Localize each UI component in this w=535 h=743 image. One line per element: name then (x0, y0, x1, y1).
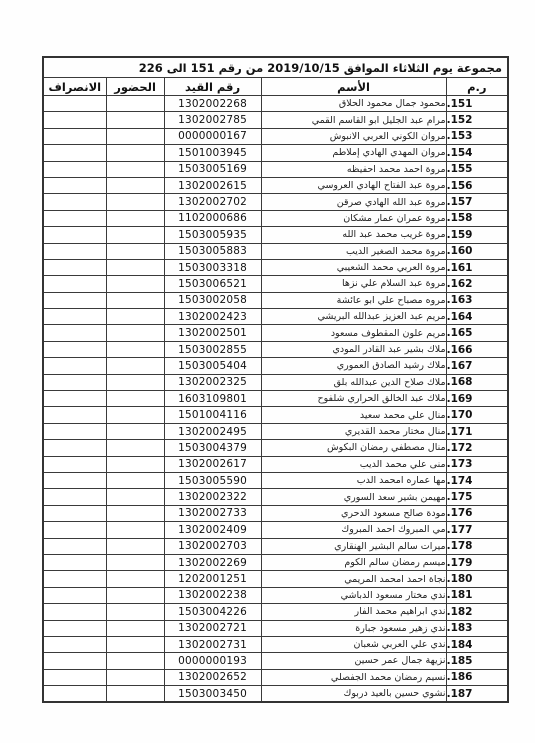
attendance-table: مجموعة يوم الثلاثاء الموافق 2019/10/15 م… (42, 56, 509, 703)
row-serial: 163. (446, 292, 508, 308)
departure-cell (43, 358, 106, 374)
table-row: 168. ملاك صلاح الدين عبدالله بلق 1302002… (43, 374, 508, 390)
attendance-cell (106, 227, 164, 243)
departure-cell (43, 276, 106, 292)
registration-number: 1503005169 (164, 161, 261, 177)
table-row: 155. مروة احمد محمد احفيظه 1503005169 (43, 161, 508, 177)
registration-number: 1302002269 (164, 554, 261, 570)
registration-number: 1302002268 (164, 96, 261, 112)
attendance-cell (106, 407, 164, 423)
row-serial: 156. (446, 177, 508, 193)
row-serial: 162. (446, 276, 508, 292)
table-row: 162. مروة عبد السلام علي نزها 1503006521 (43, 276, 508, 292)
departure-cell (43, 161, 106, 177)
attendance-cell (106, 456, 164, 472)
table-row: 154. مروان المهدي الهادي إملاطم 15010039… (43, 145, 508, 161)
table-row: 160. مروة محمد الصغير الديب 1503005883 (43, 243, 508, 259)
departure-cell (43, 669, 106, 685)
table-row: 157. مروة عبد الله الهادي صرقن 130200270… (43, 194, 508, 210)
registration-number: 1501004116 (164, 407, 261, 423)
table-row: 163. مروه مصباح علي ابو عائشة 1503002058 (43, 292, 508, 308)
table-row: 156. مروة عبد الفتاح الهادي العروسي 1302… (43, 177, 508, 193)
table-row: 158. مروة عمران عمار مشكان 1102000686 (43, 210, 508, 226)
registration-number: 1302002733 (164, 505, 261, 521)
student-name: ندي زهير مسعود جبارة (261, 620, 446, 636)
attendance-cell (106, 423, 164, 439)
departure-cell (43, 571, 106, 587)
attendance-cell (106, 177, 164, 193)
table-header-row: ر.م الأسم رقم القيد الحضور الانصراف (43, 78, 508, 96)
row-serial: 158. (446, 210, 508, 226)
registration-number: 0000000167 (164, 128, 261, 144)
departure-cell (43, 456, 106, 472)
attendance-cell (106, 538, 164, 554)
student-name: مودة صالح مسعود الدحري (261, 505, 446, 521)
student-name: محمود جمال محمود الحلاق (261, 96, 446, 112)
table-row: 171. منال مختار محمد القديري 1302002495 (43, 423, 508, 439)
attendance-cell (106, 472, 164, 488)
row-serial: 164. (446, 309, 508, 325)
departure-cell (43, 259, 106, 275)
registration-number: 1202001251 (164, 571, 261, 587)
student-name: ميسم رمضان سالم الكوم (261, 554, 446, 570)
student-name: ميرات سالم البشير الهنقاري (261, 538, 446, 554)
attendance-cell (106, 522, 164, 538)
row-serial: 177. (446, 522, 508, 538)
col-header-serial: ر.م (446, 78, 508, 96)
col-header-name: الأسم (261, 78, 446, 96)
table-row: 178. ميرات سالم البشير الهنقاري 13020027… (43, 538, 508, 554)
student-name: ندي مختار مسعود الدباشي (261, 587, 446, 603)
departure-cell (43, 374, 106, 390)
student-name: ندي علي العربي شعبان (261, 636, 446, 652)
student-name: مريم علون المقطوف مسعود (261, 325, 446, 341)
attendance-cell (106, 276, 164, 292)
departure-cell (43, 194, 106, 210)
student-name: مروة عبد الله الهادي صرقن (261, 194, 446, 210)
attendance-cell (106, 653, 164, 669)
departure-cell (43, 407, 106, 423)
table-row: 152. مرام عبد الجليل ابو القاسم القمي 13… (43, 112, 508, 128)
registration-number: 1503005404 (164, 358, 261, 374)
table-row: 180. نجاة احمد امحمد المريمي 1202001251 (43, 571, 508, 587)
registration-number: 1302002702 (164, 194, 261, 210)
row-serial: 153. (446, 128, 508, 144)
row-serial: 168. (446, 374, 508, 390)
student-name: مها عماره امحمد الدب (261, 472, 446, 488)
departure-cell (43, 505, 106, 521)
registration-number: 1302002423 (164, 309, 261, 325)
table-row: 151. محمود جمال محمود الحلاق 1302002268 (43, 96, 508, 112)
table-row: 175. مهيمن بشير سعد السوري 1302002322 (43, 489, 508, 505)
table-row: 166. ملاك بشير عبد القادر المودي 1503002… (43, 341, 508, 357)
registration-number: 1302002721 (164, 620, 261, 636)
table-title: مجموعة يوم الثلاثاء الموافق 2019/10/15 م… (43, 57, 508, 78)
registration-number: 1302002652 (164, 669, 261, 685)
student-name: مروة غريب محمد عبد الله (261, 227, 446, 243)
student-name: نشوي حسين بالعيد دربوك (261, 686, 446, 703)
table-row: 173. منى علي محمد الديب 1302002617 (43, 456, 508, 472)
row-serial: 157. (446, 194, 508, 210)
table-row: 177. مي المبروك احمد المبروك 1302002409 (43, 522, 508, 538)
row-serial: 172. (446, 440, 508, 456)
student-name: مروة العربي محمد الشعيبي (261, 259, 446, 275)
table-row: 165. مريم علون المقطوف مسعود 1302002501 (43, 325, 508, 341)
row-serial: 182. (446, 604, 508, 620)
registration-number: 1302002501 (164, 325, 261, 341)
student-name: ملاك بشير عبد القادر المودي (261, 341, 446, 357)
departure-cell (43, 112, 106, 128)
row-serial: 179. (446, 554, 508, 570)
col-header-attendance: الحضور (106, 78, 164, 96)
departure-cell (43, 554, 106, 570)
attendance-cell (106, 325, 164, 341)
row-serial: 180. (446, 571, 508, 587)
row-serial: 151. (446, 96, 508, 112)
attendance-cell (106, 505, 164, 521)
table-row: 170. منال علي محمد سعيد 1501004116 (43, 407, 508, 423)
attendance-cell (106, 358, 164, 374)
registration-number: 0000000193 (164, 653, 261, 669)
row-serial: 161. (446, 259, 508, 275)
student-name: مروان الكوني العربي الانبوش (261, 128, 446, 144)
attendance-cell (106, 194, 164, 210)
row-serial: 174. (446, 472, 508, 488)
row-serial: 173. (446, 456, 508, 472)
registration-number: 1501003945 (164, 145, 261, 161)
departure-cell (43, 145, 106, 161)
attendance-cell (106, 112, 164, 128)
student-name: مروة محمد الصغير الديب (261, 243, 446, 259)
registration-number: 1302002731 (164, 636, 261, 652)
attendance-cell (106, 489, 164, 505)
attendance-cell (106, 587, 164, 603)
row-serial: 187. (446, 686, 508, 703)
attendance-cell (106, 96, 164, 112)
student-name: مروة عمران عمار مشكان (261, 210, 446, 226)
registration-number: 1503005935 (164, 227, 261, 243)
student-name: نسيم رمضان محمد الجفصلي (261, 669, 446, 685)
registration-number: 1503003450 (164, 686, 261, 703)
row-serial: 175. (446, 489, 508, 505)
departure-cell (43, 177, 106, 193)
departure-cell (43, 325, 106, 341)
attendance-cell (106, 161, 164, 177)
table-row: 153. مروان الكوني العربي الانبوش 0000000… (43, 128, 508, 144)
attendance-cell (106, 604, 164, 620)
row-serial: 176. (446, 505, 508, 521)
student-name: مرام عبد الجليل ابو القاسم القمي (261, 112, 446, 128)
student-name: منال مصطفي رمضان البكوش (261, 440, 446, 456)
attendance-cell (106, 243, 164, 259)
registration-number: 1603109801 (164, 391, 261, 407)
departure-cell (43, 128, 106, 144)
departure-cell (43, 620, 106, 636)
student-name: منال مختار محمد القديري (261, 423, 446, 439)
row-serial: 160. (446, 243, 508, 259)
departure-cell (43, 472, 106, 488)
student-name: مروة عبد الفتاح الهادي العروسي (261, 177, 446, 193)
table-row: 187. نشوي حسين بالعيد دربوك 1503003450 (43, 686, 508, 703)
departure-cell (43, 489, 106, 505)
table-body: 151. محمود جمال محمود الحلاق 1302002268 … (43, 96, 508, 703)
registration-number: 1302002322 (164, 489, 261, 505)
attendance-cell (106, 341, 164, 357)
row-serial: 170. (446, 407, 508, 423)
departure-cell (43, 227, 106, 243)
table-row: 172. منال مصطفي رمضان البكوش 1503004379 (43, 440, 508, 456)
student-name: منى علي محمد الديب (261, 456, 446, 472)
departure-cell (43, 522, 106, 538)
attendance-cell (106, 128, 164, 144)
attendance-cell (106, 292, 164, 308)
registration-number: 1302002238 (164, 587, 261, 603)
table-row: 174. مها عماره امحمد الدب 1503005590 (43, 472, 508, 488)
departure-cell (43, 292, 106, 308)
attendance-cell (106, 571, 164, 587)
scanned-document-page: مجموعة يوم الثلاثاء الموافق 2019/10/15 م… (0, 0, 535, 743)
departure-cell (43, 587, 106, 603)
table-row: 167. ملاك رشيد الصادق العموري 1503005404 (43, 358, 508, 374)
attendance-cell (106, 636, 164, 652)
student-name: مروه مصباح علي ابو عائشة (261, 292, 446, 308)
student-name: نجاة احمد امحمد المريمي (261, 571, 446, 587)
student-name: مريم عبد العزيز عبدالله البريشي (261, 309, 446, 325)
row-serial: 184. (446, 636, 508, 652)
row-serial: 178. (446, 538, 508, 554)
attendance-cell (106, 554, 164, 570)
departure-cell (43, 538, 106, 554)
student-name: منال علي محمد سعيد (261, 407, 446, 423)
table-row: 185. نزيهة جمال عمر حسين 0000000193 (43, 653, 508, 669)
attendance-cell (106, 374, 164, 390)
attendance-cell (106, 686, 164, 703)
registration-number: 1503004379 (164, 440, 261, 456)
col-header-reg-no: رقم القيد (164, 78, 261, 96)
attendance-cell (106, 669, 164, 685)
row-serial: 154. (446, 145, 508, 161)
student-name: مهيمن بشير سعد السوري (261, 489, 446, 505)
registration-number: 1503006521 (164, 276, 261, 292)
registration-number: 1302002617 (164, 456, 261, 472)
departure-cell (43, 96, 106, 112)
table-row: 182. ندي ابراهيم محمد الفار 1503004226 (43, 604, 508, 620)
col-header-departure: الانصراف (43, 78, 106, 96)
registration-number: 1302002615 (164, 177, 261, 193)
row-serial: 152. (446, 112, 508, 128)
registration-number: 1503003318 (164, 259, 261, 275)
row-serial: 169. (446, 391, 508, 407)
attendance-cell (106, 259, 164, 275)
row-serial: 185. (446, 653, 508, 669)
row-serial: 166. (446, 341, 508, 357)
student-name: مروة عبد السلام علي نزها (261, 276, 446, 292)
row-serial: 165. (446, 325, 508, 341)
registration-number: 1302002785 (164, 112, 261, 128)
table-row: 179. ميسم رمضان سالم الكوم 1302002269 (43, 554, 508, 570)
row-serial: 183. (446, 620, 508, 636)
registration-number: 1503004226 (164, 604, 261, 620)
departure-cell (43, 636, 106, 652)
table-row: 161. مروة العربي محمد الشعيبي 1503003318 (43, 259, 508, 275)
student-name: ملاك عبد الخالق الحراري شلفوح (261, 391, 446, 407)
table-row: 186. نسيم رمضان محمد الجفصلي 1302002652 (43, 669, 508, 685)
departure-cell (43, 210, 106, 226)
student-name: ملاك صلاح الدين عبدالله بلق (261, 374, 446, 390)
student-name: نزيهة جمال عمر حسين (261, 653, 446, 669)
table-row: 164. مريم عبد العزيز عبدالله البريشي 130… (43, 309, 508, 325)
departure-cell (43, 686, 106, 703)
registration-number: 1302002703 (164, 538, 261, 554)
row-serial: 159. (446, 227, 508, 243)
row-serial: 186. (446, 669, 508, 685)
student-name: مروة احمد محمد احفيظه (261, 161, 446, 177)
departure-cell (43, 604, 106, 620)
attendance-cell (106, 440, 164, 456)
row-serial: 181. (446, 587, 508, 603)
registration-number: 1503005883 (164, 243, 261, 259)
registration-number: 1503005590 (164, 472, 261, 488)
departure-cell (43, 653, 106, 669)
departure-cell (43, 423, 106, 439)
table-row: 169. ملاك عبد الخالق الحراري شلفوح 16031… (43, 391, 508, 407)
registration-number: 1302002325 (164, 374, 261, 390)
table-row: 184. ندي علي العربي شعبان 1302002731 (43, 636, 508, 652)
registration-number: 1503002855 (164, 341, 261, 357)
table-row: 183. ندي زهير مسعود جبارة 1302002721 (43, 620, 508, 636)
attendance-cell (106, 145, 164, 161)
student-name: مي المبروك احمد المبروك (261, 522, 446, 538)
student-name: مروان المهدي الهادي إملاطم (261, 145, 446, 161)
departure-cell (43, 391, 106, 407)
attendance-cell (106, 309, 164, 325)
departure-cell (43, 440, 106, 456)
row-serial: 171. (446, 423, 508, 439)
registration-number: 1302002409 (164, 522, 261, 538)
student-name: ملاك رشيد الصادق العموري (261, 358, 446, 374)
departure-cell (43, 309, 106, 325)
table-row: 181. ندي مختار مسعود الدباشي 1302002238 (43, 587, 508, 603)
departure-cell (43, 243, 106, 259)
table-row: 176. مودة صالح مسعود الدحري 1302002733 (43, 505, 508, 521)
registration-number: 1102000686 (164, 210, 261, 226)
registration-number: 1503002058 (164, 292, 261, 308)
attendance-cell (106, 620, 164, 636)
attendance-cell (106, 391, 164, 407)
row-serial: 155. (446, 161, 508, 177)
table-title-row: مجموعة يوم الثلاثاء الموافق 2019/10/15 م… (43, 57, 508, 78)
departure-cell (43, 341, 106, 357)
attendance-cell (106, 210, 164, 226)
student-name: ندي ابراهيم محمد الفار (261, 604, 446, 620)
row-serial: 167. (446, 358, 508, 374)
table-row: 159. مروة غريب محمد عبد الله 1503005935 (43, 227, 508, 243)
registration-number: 1302002495 (164, 423, 261, 439)
